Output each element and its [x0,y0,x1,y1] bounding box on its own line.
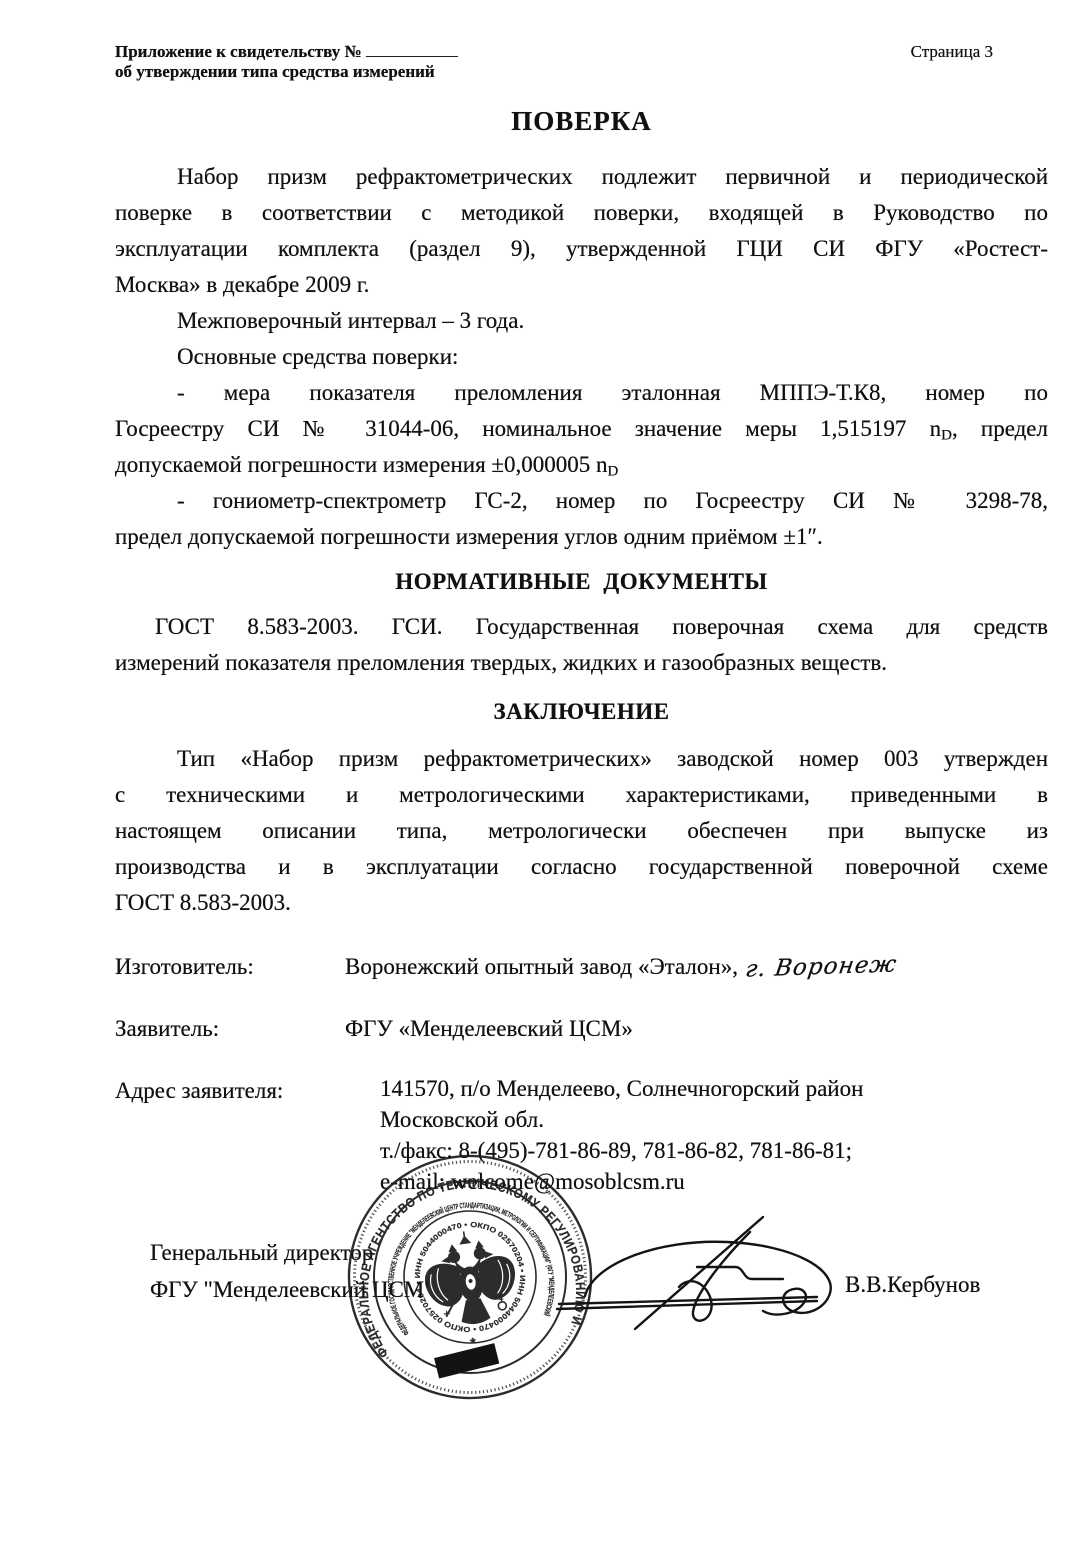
text-line: настоящем описании типа, метрологически … [115,813,1048,849]
handwritten-signature [545,1190,1045,1350]
applicant-label: Заявитель: [115,1011,345,1047]
stamp-center-mark: * [469,1335,477,1353]
verification-text: Набор призм рефрактометрических подлежит… [115,159,1048,555]
text-line: Госреестру СИ № 31044-06, номинальное зн… [115,411,1048,447]
document-page: Приложение к свидетельству № об утвержде… [0,0,1092,1560]
text-line: эксплуатации комплекта (раздел 9), утвер… [115,231,1048,267]
text-line: измерений показателя преломления твердых… [115,645,1048,681]
subscript-d: D [941,428,952,444]
manufacturer-name: Воронежский опытный завод «Эталон», [345,954,738,979]
text-line: предел допускаемой погрешности измерения… [115,519,1048,555]
text-line: Москва» в декабре 2009 г. [115,267,1048,303]
address-line: 141570, п/о Менделеево, Солнечногорский … [380,1073,1048,1104]
subscript-d: D [608,464,619,480]
text-line: поверке в соответствии с методикой повер… [115,195,1048,231]
text-line: Основные средства поверки: [115,339,1048,375]
text-line: допускаемой погрешности измерения ±0,000… [115,447,1048,483]
text-line: ГОСТ 8.583-2003. [115,885,1048,921]
text-line: - гониометр-спектрометр ГС-2, номер по Г… [115,483,1048,519]
handwritten-note: г. Воронеж [743,946,899,987]
page-number: Страница 3 [911,42,1048,62]
attachment-label: Приложение к свидетельству № [115,42,362,61]
manufacturer-value: Воронежский опытный завод «Эталон»,г. Во… [345,949,1048,985]
text-fragment: допускаемой погрешности измерения ±0,000… [115,452,608,477]
section-title-normative-documents: НОРМАТИВНЫЕ ДОКУМЕНТЫ [115,569,1048,595]
blank-underline [366,42,458,57]
header-left-block: Приложение к свидетельству № об утвержде… [115,42,458,82]
text-line: Тип «Набор призм рефрактометрических» за… [115,741,1048,777]
header-left-line1: Приложение к свидетельству № [115,42,458,62]
applicant-row: Заявитель: ФГУ «Менделеевский ЦСМ» [115,1011,1048,1047]
header-left-line2: об утверждении типа средства измерений [115,62,458,82]
text-line: Набор призм рефрактометрических подлежит… [115,159,1048,195]
text-line: производства и в эксплуатации согласно г… [115,849,1048,885]
director-title-line1: Генеральный директор [150,1240,373,1266]
section-title-conclusion: ЗАКЛЮЧЕНИЕ [115,699,1048,725]
text-fragment: Госреестру СИ № 31044-06, номинальное зн… [115,416,941,441]
conclusion-text: Тип «Набор призм рефрактометрических» за… [115,741,1048,921]
normative-text: ГОСТ 8.583-2003. ГСИ. Государственная по… [115,609,1048,681]
section-title-verification: ПОВЕРКА [115,106,1048,137]
applicant-value: ФГУ «Менделеевский ЦСМ» [345,1011,1048,1047]
manufacturer-label: Изготовитель: [115,949,345,985]
manufacturer-row: Изготовитель: Воронежский опытный завод … [115,949,1048,985]
signature-area: Генеральный директор ФГУ "Менделеевский … [0,1150,1092,1550]
page-header: Приложение к свидетельству № об утвержде… [115,42,1048,82]
text-fragment: , предел [952,416,1048,441]
text-line: ГОСТ 8.583-2003. ГСИ. Государственная по… [115,609,1048,645]
text-line: - мера показателя преломления эталонная … [115,375,1048,411]
text-line: с техническими и метрологическими характ… [115,777,1048,813]
text-line: Межповерочный интервал – 3 года. [115,303,1048,339]
address-line: Московской обл. [380,1104,1048,1135]
